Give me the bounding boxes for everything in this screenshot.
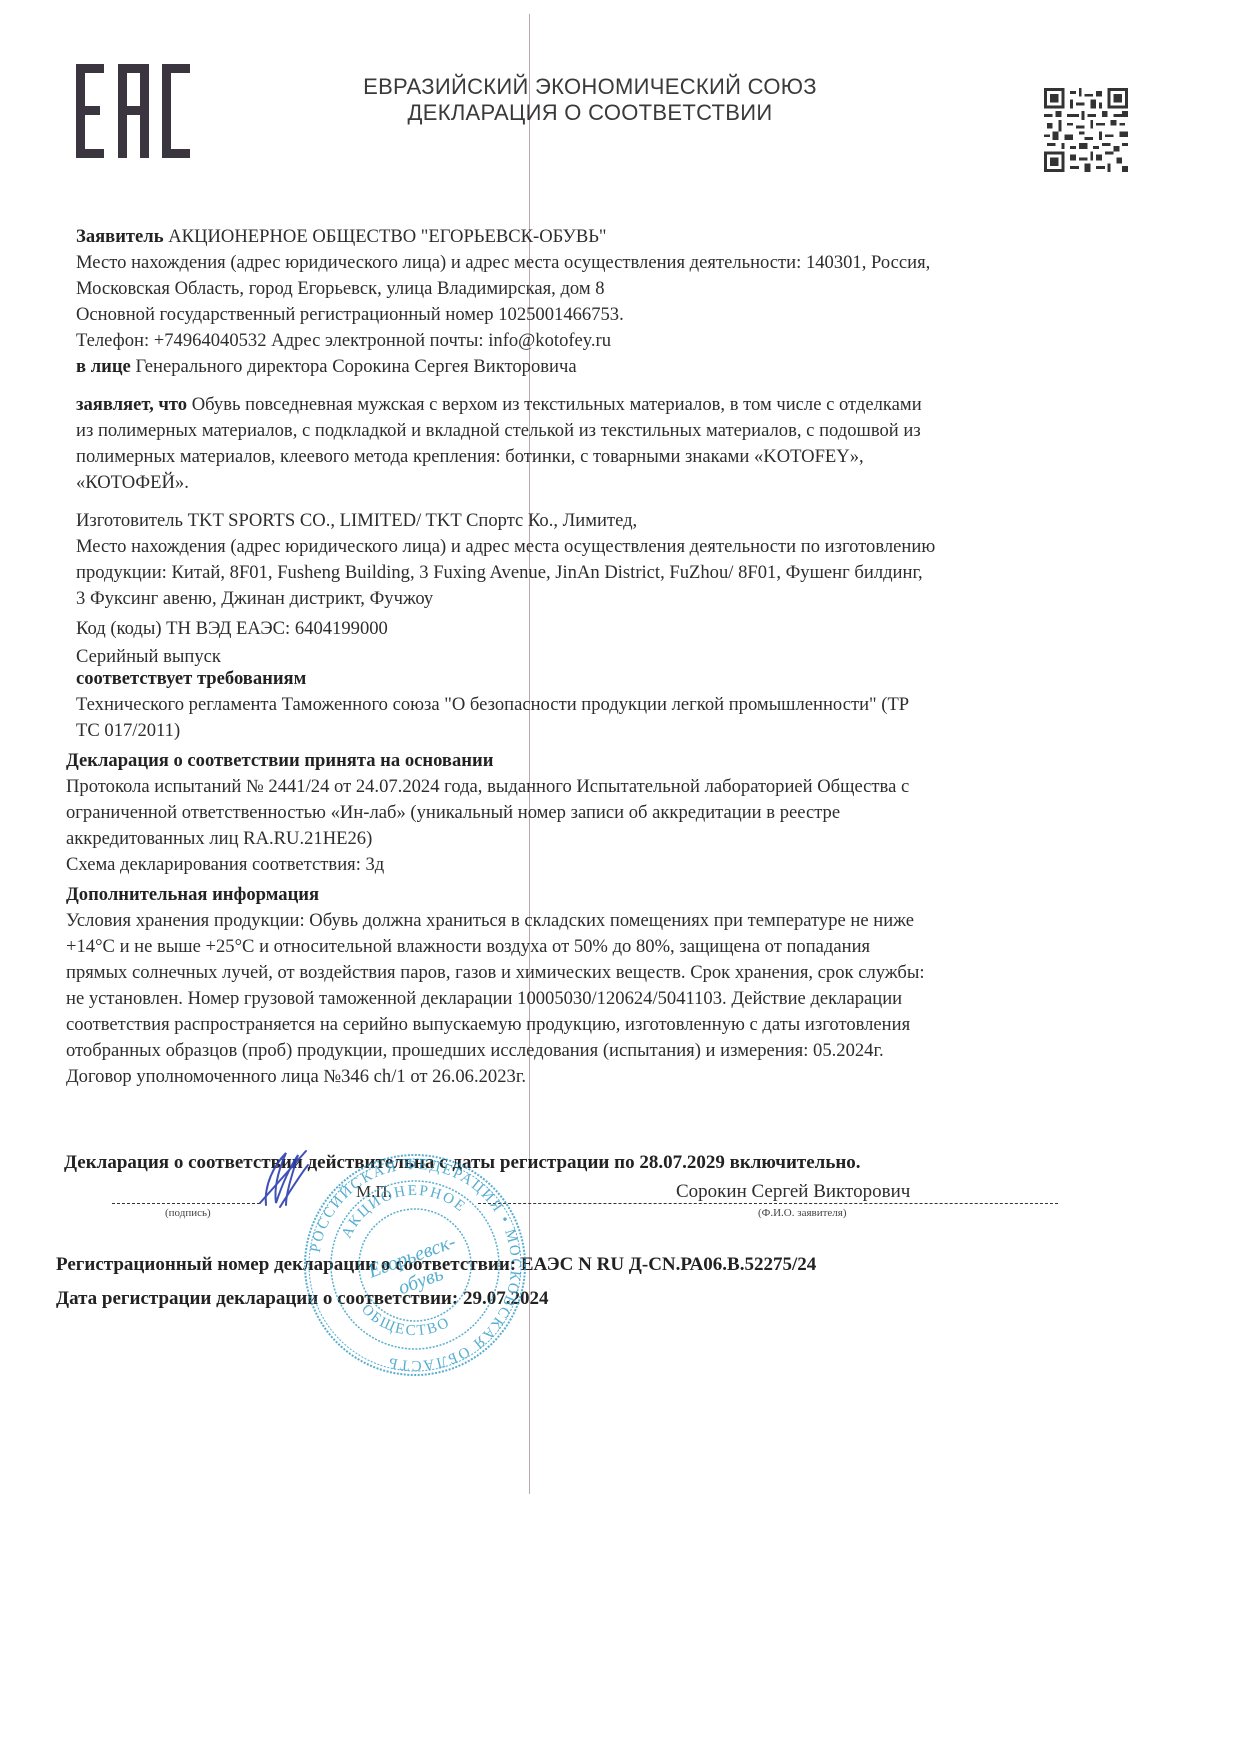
additional-info-3: прямых солнечных лучей, от воздействия п… bbox=[66, 960, 1136, 986]
additional-info-section: Дополнительная информация Условия хранен… bbox=[66, 882, 1136, 1090]
requirements-label: соответствует требованиям bbox=[76, 666, 1146, 692]
name-caption: (Ф.И.О. заявителя) bbox=[758, 1207, 847, 1219]
applicant-address-2: Московская Область, город Егорьевск, ули… bbox=[76, 276, 1146, 302]
registration-number: Регистрационный номер декларации о соотв… bbox=[56, 1252, 1126, 1278]
requirements-text-2: ТС 017/2011) bbox=[76, 718, 1146, 744]
signer-name: Сорокин Сергей Викторович bbox=[676, 1179, 1056, 1205]
registration-date: Дата регистрации декларации о соответств… bbox=[56, 1286, 1126, 1312]
hs-code: Код (коды) ТН ВЭД ЕАЭС: 6404199000 bbox=[76, 616, 1146, 642]
applicant-name: АКЦИОНЕРНОЕ ОБЩЕСТВО "ЕГОРЬЕВСК-ОБУВЬ" bbox=[168, 226, 606, 247]
additional-info-6: отобранных образцов (проб) продукции, пр… bbox=[66, 1038, 1136, 1064]
applicant-section: Заявитель АКЦИОНЕРНОЕ ОБЩЕСТВО "ЕГОРЬЕВС… bbox=[76, 224, 1146, 380]
stamp-inner-bottom: ОБЩЕСТВО bbox=[358, 1301, 453, 1339]
applicant-ogrn: Основной государственный регистрационный… bbox=[76, 302, 1146, 328]
qr-code-icon bbox=[1044, 84, 1128, 176]
applicant-contacts: Телефон: +74964040532 Адрес электронной … bbox=[76, 328, 1146, 354]
declares-section: заявляет, что Обувь повседневная мужская… bbox=[76, 392, 1146, 496]
additional-info-7: Договор уполномоченного лица №346 ch/1 о… bbox=[66, 1064, 1136, 1090]
title-declaration: ДЕКЛАРАЦИЯ О СООТВЕТСТВИИ bbox=[300, 100, 880, 126]
additional-info-4: не установлен. Номер грузовой таможенной… bbox=[66, 986, 1136, 1012]
declares-label: заявляет, что bbox=[76, 394, 187, 415]
requirements-text-1: Технического регламента Таможенного союз… bbox=[76, 692, 1146, 718]
declaration-page: ЕВРАЗИЙСКИЙ ЭКОНОМИЧЕСКИЙ СОЮЗ ДЕКЛАРАЦИ… bbox=[0, 0, 1240, 1755]
product-description-4: «КОТОФЕЙ». bbox=[76, 470, 1146, 496]
validity-statement: Декларация о соответствии действительна … bbox=[64, 1150, 1134, 1176]
declares-line-1: заявляет, что Обувь повседневная мужская… bbox=[76, 392, 1146, 418]
manufacturer-address-3: 3 Фуксинг авеню, Джинан дистрикт, Фучжоу bbox=[76, 586, 1146, 612]
basis-text-3: аккредитованных лиц RA.RU.21НЕ26) bbox=[66, 826, 1136, 852]
manufacturer-address-1: Место нахождения (адрес юридического лиц… bbox=[76, 534, 1146, 560]
applicant-label: Заявитель bbox=[76, 226, 164, 247]
manufacturer-section: Изготовитель TKT SPORTS CO., LIMITED/ TK… bbox=[76, 508, 1146, 670]
applicant-address-1: Место нахождения (адрес юридического лиц… bbox=[76, 250, 1146, 276]
manufacturer-name: Изготовитель TKT SPORTS CO., LIMITED/ TK… bbox=[76, 508, 1146, 534]
basis-label: Декларация о соответствии принята на осн… bbox=[66, 748, 1136, 774]
title-union: ЕВРАЗИЙСКИЙ ЭКОНОМИЧЕСКИЙ СОЮЗ bbox=[300, 74, 880, 100]
product-description-2: из полимерных материалов, с подкладкой и… bbox=[76, 418, 1146, 444]
handwritten-signature-icon bbox=[246, 1145, 316, 1215]
represented-name: Генерального директора Сорокина Сергея В… bbox=[135, 356, 576, 377]
manufacturer-address-2: продукции: Китай, 8F01, Fusheng Building… bbox=[76, 560, 1146, 586]
additional-info-label: Дополнительная информация bbox=[66, 882, 1136, 908]
product-description-1: Обувь повседневная мужская с верхом из т… bbox=[192, 394, 922, 415]
basis-section: Декларация о соответствии принята на осн… bbox=[66, 748, 1136, 878]
signature-caption: (подпись) bbox=[165, 1207, 211, 1219]
additional-info-1: Условия хранения продукции: Обувь должна… bbox=[66, 908, 1136, 934]
basis-text-1: Протокола испытаний № 2441/24 от 24.07.2… bbox=[66, 774, 1136, 800]
requirements-section: соответствует требованиям Технического р… bbox=[76, 666, 1146, 744]
svg-text:ОБЩЕСТВО: ОБЩЕСТВО bbox=[358, 1301, 453, 1339]
document-title: ЕВРАЗИЙСКИЙ ЭКОНОМИЧЕСКИЙ СОЮЗ ДЕКЛАРАЦИ… bbox=[300, 74, 880, 126]
signature-line bbox=[112, 1203, 260, 1204]
additional-info-5: соответствия распространяется на серийно… bbox=[66, 1012, 1136, 1038]
additional-info-2: +14°С и не выше +25°С и относительной вл… bbox=[66, 934, 1136, 960]
product-description-3: полимерных материалов, клеевого метода к… bbox=[76, 444, 1146, 470]
eac-logo-icon bbox=[74, 62, 194, 162]
represented-label: в лице bbox=[76, 356, 131, 377]
basis-text-2: ограниченной ответственностью «Ин-лаб» (… bbox=[66, 800, 1136, 826]
applicant-line: Заявитель АКЦИОНЕРНОЕ ОБЩЕСТВО "ЕГОРЬЕВС… bbox=[76, 224, 1146, 250]
applicant-representative: в лице Генерального директора Сорокина С… bbox=[76, 354, 1146, 380]
company-seal-icon: РОССИЙСКАЯ ФЕДЕРАЦИЯ • МОСКОВСКАЯ ОБЛАСТ… bbox=[300, 1150, 530, 1380]
declaration-scheme: Схема декларирования соответствия: 3д bbox=[66, 852, 1136, 878]
